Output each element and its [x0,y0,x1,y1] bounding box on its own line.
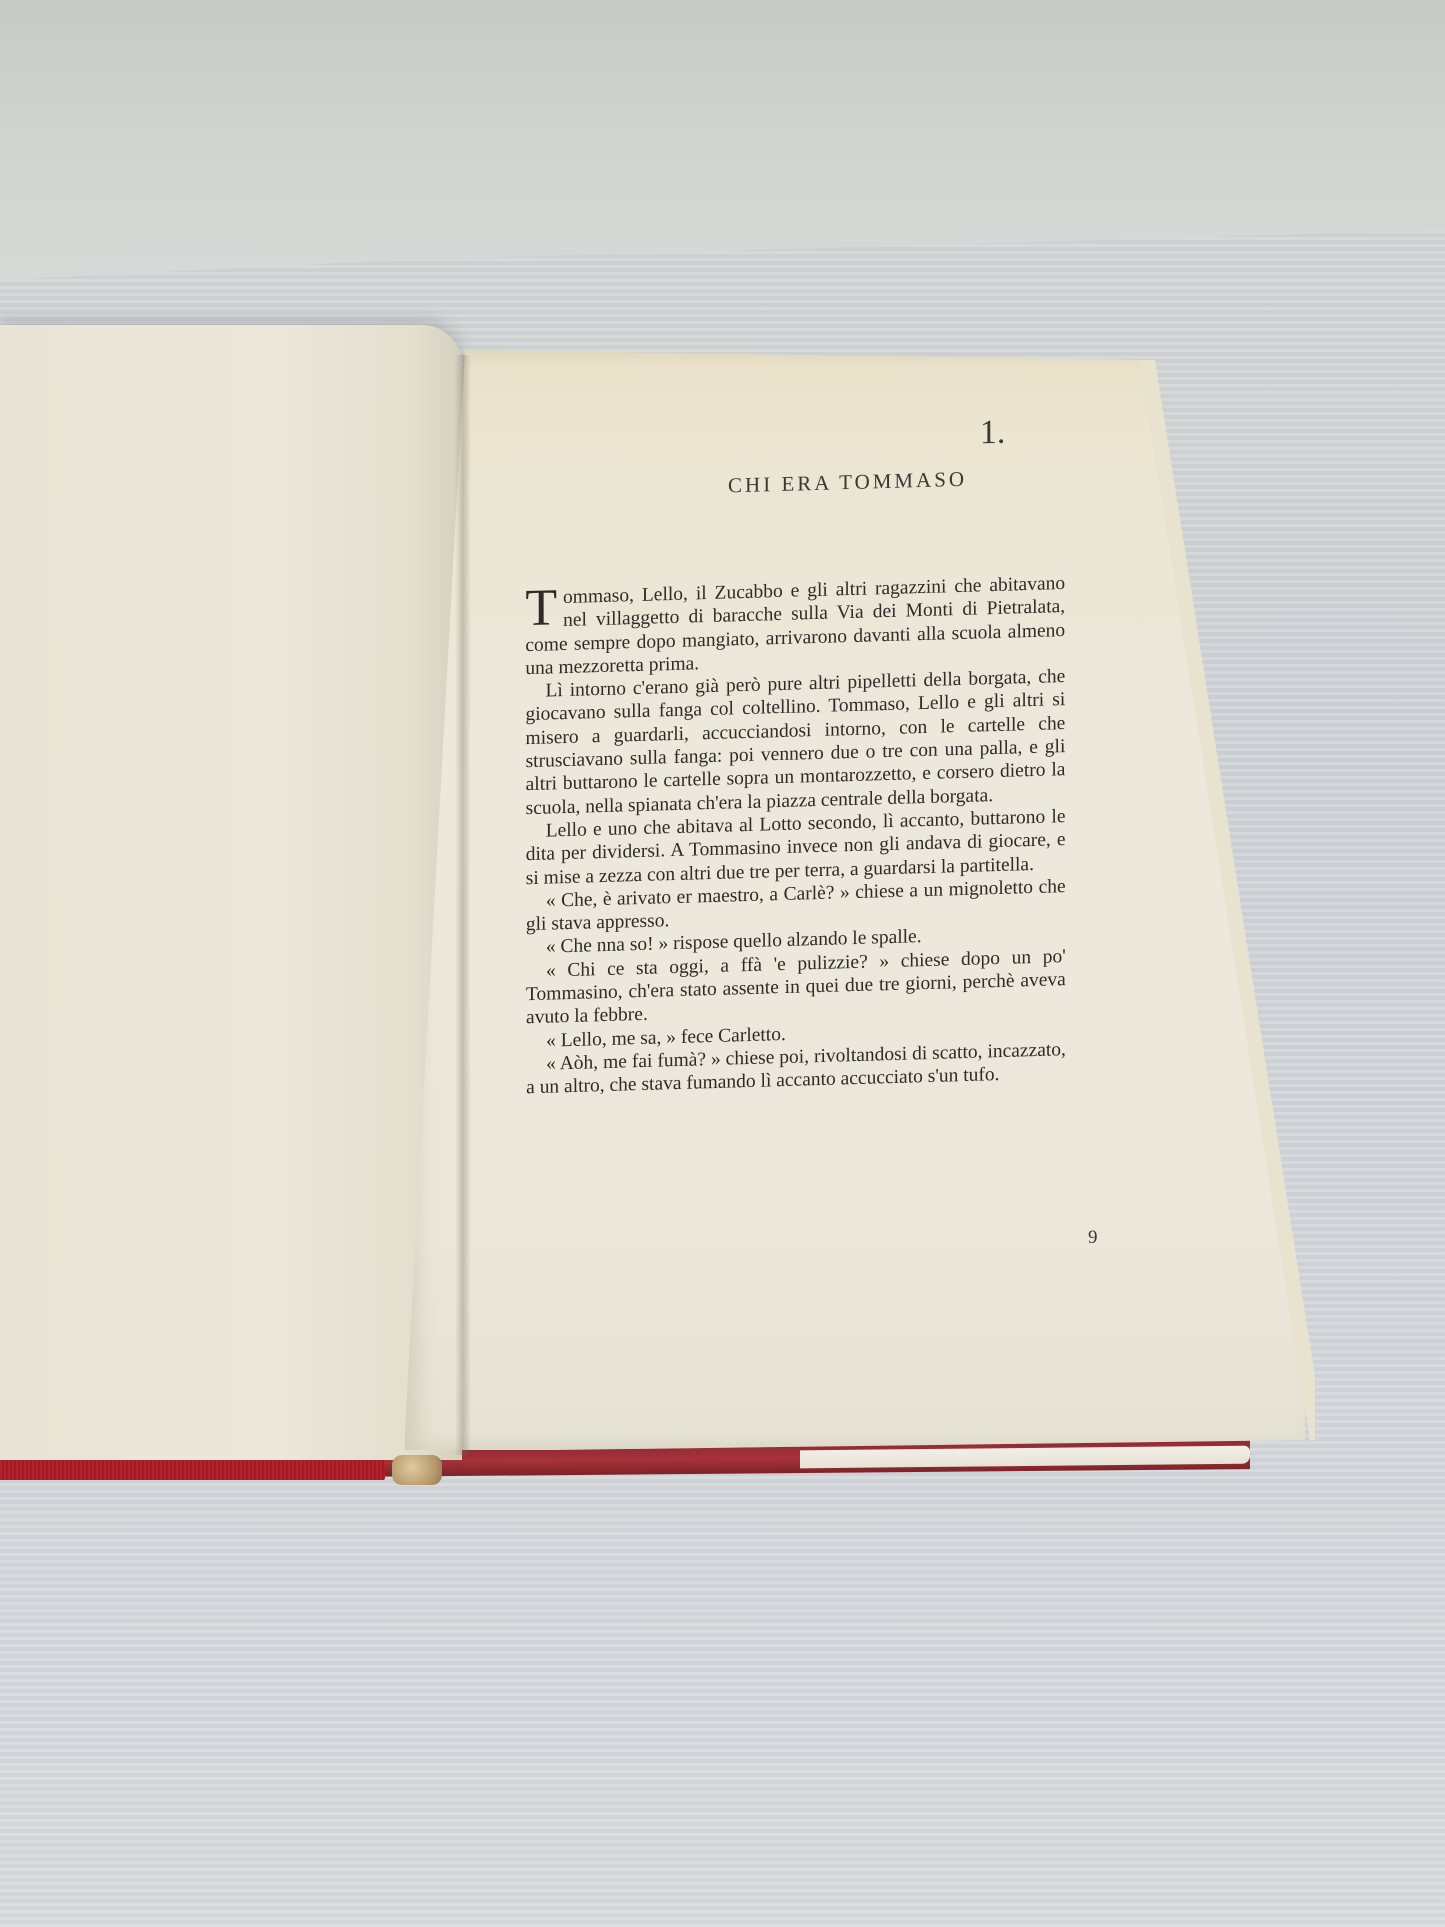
book-headband [392,1455,442,1485]
drop-cap: T [525,588,557,629]
page-number: 9 [1088,1227,1098,1249]
chapter-body: Tommaso, Lello, il Zucabbo e gli altri r… [525,572,1066,1100]
chapter-number: 1. [980,414,1006,453]
paragraph-2: Lì intorno c'erano già però pure altri p… [525,665,1065,820]
paragraph-text: ommaso, Lello, il Zucabbo e gli altri ra… [525,573,1065,679]
paragraph-1: Tommaso, Lello, il Zucabbo e gli altri r… [525,572,1065,680]
book-cover-spine-cloth [0,1458,385,1480]
book-gutter [455,355,471,1455]
left-page-blank [0,325,462,1460]
